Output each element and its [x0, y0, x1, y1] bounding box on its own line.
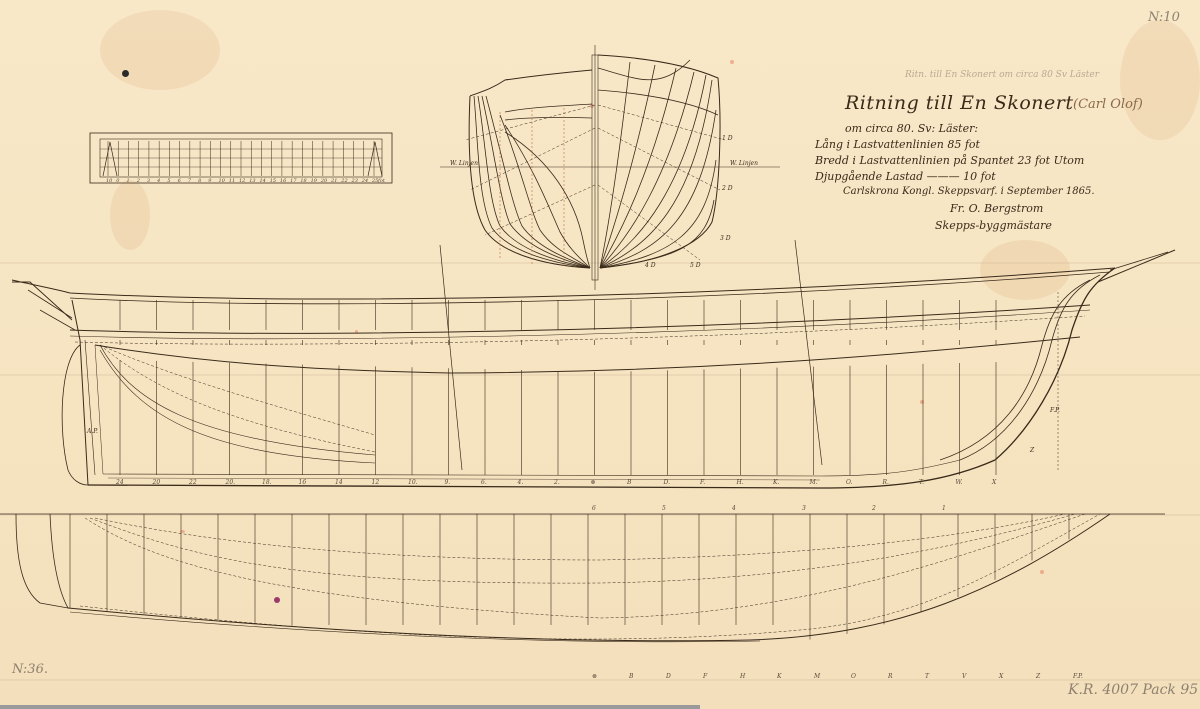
svg-text:20: 20 — [152, 479, 161, 486]
svg-text:F: F — [702, 673, 708, 680]
stem-label: F.P. — [1050, 407, 1060, 414]
place-date: Carlskrona Kongl. Skeppsvarf. i Septembe… — [843, 186, 1095, 197]
svg-text:13: 13 — [249, 178, 255, 184]
svg-text:6: 6 — [592, 505, 596, 512]
spec-line-4: Djupgående Lastad ——— 10 fot — [815, 170, 996, 183]
spec-line-1: om circa 80. Sv: Läster: — [845, 122, 978, 135]
drawing-title-aside: (Carl Olof) — [1073, 97, 1143, 112]
fore-mast-line — [795, 240, 822, 465]
diagonal-label-3: 3 D — [720, 235, 731, 242]
svg-text:3: 3 — [802, 505, 806, 512]
svg-text:H: H — [739, 673, 746, 680]
faint-pencil-header: Ritn. till En Skonert om circa 80 Sv Läs… — [905, 70, 1099, 80]
svg-text:6.: 6. — [481, 479, 487, 486]
svg-text:16: 16 — [299, 479, 307, 486]
svg-text:17: 17 — [290, 178, 297, 184]
svg-text:B: B — [626, 479, 632, 486]
svg-text:X: X — [991, 479, 997, 486]
half-breadth-graphic — [0, 514, 1165, 642]
spec-line-3: Bredd i Lastvattenlinien på Spantet 23 f… — [815, 154, 1084, 167]
svg-text:23: 23 — [351, 178, 358, 184]
sheet-number-bottom: N:36. — [12, 662, 48, 677]
svg-text:5: 5 — [662, 505, 666, 512]
svg-text:14: 14 — [335, 479, 343, 486]
svg-text:O: O — [851, 673, 856, 680]
signature-title: Skepps-byggmästare — [935, 219, 1052, 232]
svg-text:⊗: ⊗ — [591, 479, 596, 486]
svg-text:K.: K. — [772, 479, 779, 486]
svg-text:16: 16 — [280, 178, 287, 184]
svg-text:D: D — [665, 673, 671, 680]
diagonal-label-5: 5 D — [690, 262, 701, 269]
main-mast-line — [440, 245, 462, 470]
diagonal-label-2: 2 D — [722, 185, 733, 192]
svg-text:3: 3 — [147, 178, 150, 184]
svg-text:Z: Z — [1035, 673, 1041, 680]
svg-text:4.: 4. — [517, 479, 524, 486]
mounting-tape-edge — [0, 705, 700, 709]
svg-text:H.: H. — [736, 479, 744, 486]
svg-text:19: 19 — [311, 178, 318, 184]
stern-post-label: A.P. — [87, 428, 98, 435]
z-label: Z — [1030, 447, 1034, 454]
svg-text:1: 1 — [942, 505, 946, 512]
svg-text:24: 24 — [115, 479, 124, 486]
archive-reference: K.R. 4007 Pack 95 — [1068, 682, 1198, 698]
waterline-label-right: W. Linjen — [730, 160, 758, 167]
svg-text:10.: 10. — [408, 479, 418, 486]
svg-text:2: 2 — [871, 505, 876, 512]
profile-graphic — [12, 250, 1175, 488]
svg-text:M: M — [813, 673, 821, 680]
signature-name: Fr. O. Bergstrom — [950, 202, 1043, 215]
svg-text:22: 22 — [340, 178, 347, 184]
svg-text:14: 14 — [259, 178, 265, 184]
svg-text:5: 5 — [167, 178, 170, 184]
svg-text:⊗: ⊗ — [592, 673, 597, 680]
svg-text:15: 15 — [270, 178, 276, 184]
svg-text:M.: M. — [809, 479, 818, 486]
svg-text:20: 20 — [320, 178, 328, 184]
svg-text:B: B — [628, 673, 634, 680]
svg-text:11: 11 — [229, 178, 235, 184]
svg-text:T.: T. — [919, 479, 924, 486]
svg-text:8: 8 — [198, 178, 201, 184]
svg-text:18.: 18. — [262, 479, 272, 486]
drawing-title: Ritning till En Skonert — [845, 92, 1074, 114]
svg-text:20.: 20. — [225, 479, 236, 486]
svg-text:4: 4 — [156, 178, 160, 184]
svg-text:2.: 2. — [553, 479, 560, 486]
svg-text:K: K — [776, 673, 782, 680]
scale-bar-graphic — [90, 133, 392, 183]
svg-text:D.: D. — [663, 479, 671, 486]
body-plan-graphic — [440, 45, 780, 290]
svg-text:4: 4 — [731, 505, 736, 512]
svg-text:10: 10 — [219, 178, 226, 184]
svg-text:18: 18 — [300, 178, 306, 184]
svg-text:21: 21 — [330, 178, 337, 184]
ship-drawing-sheet: 1001234567891011121314151617181920212223… — [0, 0, 1200, 709]
svg-text:1: 1 — [126, 178, 129, 184]
svg-text:O.: O. — [846, 479, 853, 486]
svg-text:R.: R. — [882, 479, 890, 486]
waterline-label-left: W. Linjen — [450, 160, 478, 167]
svg-text:F.P.: F.P. — [1072, 673, 1083, 680]
svg-text:R: R — [887, 673, 893, 680]
svg-text:24: 24 — [361, 178, 368, 184]
diagonal-label-4: 4 D — [645, 262, 656, 269]
diagonal-label-1: 1 D — [722, 135, 733, 142]
svg-text:W.: W. — [956, 479, 963, 486]
svg-text:V: V — [962, 673, 967, 680]
svg-text:F.: F. — [699, 479, 705, 486]
svg-text:12: 12 — [239, 178, 245, 184]
svg-text:10: 10 — [106, 178, 113, 184]
svg-text:fot: fot — [377, 178, 386, 184]
spec-line-2: Lång i Lastvattenlinien 85 fot — [815, 138, 980, 151]
svg-text:22: 22 — [188, 479, 197, 486]
svg-text:9.: 9. — [445, 479, 451, 486]
svg-text:T: T — [925, 673, 930, 680]
sheet-number-top: N:10 — [1148, 10, 1180, 25]
svg-text:12: 12 — [372, 479, 380, 486]
svg-text:2: 2 — [136, 178, 140, 184]
svg-text:X: X — [998, 673, 1004, 680]
